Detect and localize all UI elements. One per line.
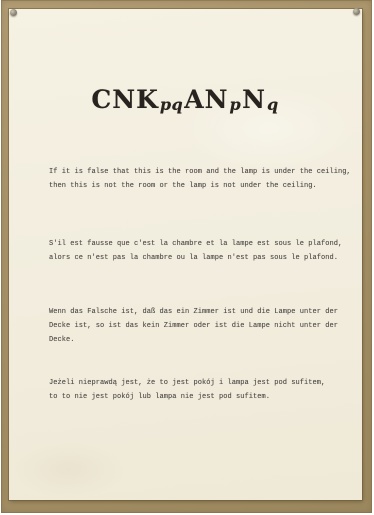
page-title: CNKpqANpNq xyxy=(9,87,362,115)
text-line: S'il est fausse que c'est la chambre et … xyxy=(49,237,342,251)
title-segment-caps: N xyxy=(242,85,266,114)
text-line: Wenn das Falsche ist, daß das ein Zimmer… xyxy=(49,305,338,319)
typewritten-page: CNKpqANpNq If it is false that this is t… xyxy=(9,9,362,500)
text-line: If it is false that this is the room and… xyxy=(49,165,351,179)
mounting-board: CNKpqANpNq If it is false that this is t… xyxy=(1,0,372,513)
paragraph-german: Wenn das Falsche ist, daß das ein Zimmer… xyxy=(49,305,338,347)
text-line: Decke. xyxy=(49,333,338,347)
paragraph-english: If it is false that this is the room and… xyxy=(49,165,351,193)
text-line: Jeżeli nieprawdą jest, że to jest pokój … xyxy=(49,376,325,390)
push-pin-top-right-icon xyxy=(353,8,360,15)
title-segment-caps: CNK xyxy=(91,85,158,114)
title-segment-subscript: p xyxy=(229,95,241,114)
artwork-photo: CNKpqANpNq If it is false that this is t… xyxy=(0,0,374,515)
text-line: then this is not the room or the lamp is… xyxy=(49,179,351,193)
title-segment-subscript: pq xyxy=(160,95,183,114)
title-segment-subscript: q xyxy=(267,95,279,114)
text-line: Decke ist, so ist das kein Zimmer oder i… xyxy=(49,319,338,333)
title-segment-caps: AN xyxy=(184,85,228,114)
push-pin-top-left-icon xyxy=(10,9,17,16)
paragraph-polish: Jeżeli nieprawdą jest, że to jest pokój … xyxy=(49,376,325,404)
paragraph-french: S'il est fausse que c'est la chambre et … xyxy=(49,237,342,265)
text-line: to to nie jest pokój lub lampa nie jest … xyxy=(49,390,325,404)
text-line: alors ce n'est pas la chambre ou la lamp… xyxy=(49,251,342,265)
